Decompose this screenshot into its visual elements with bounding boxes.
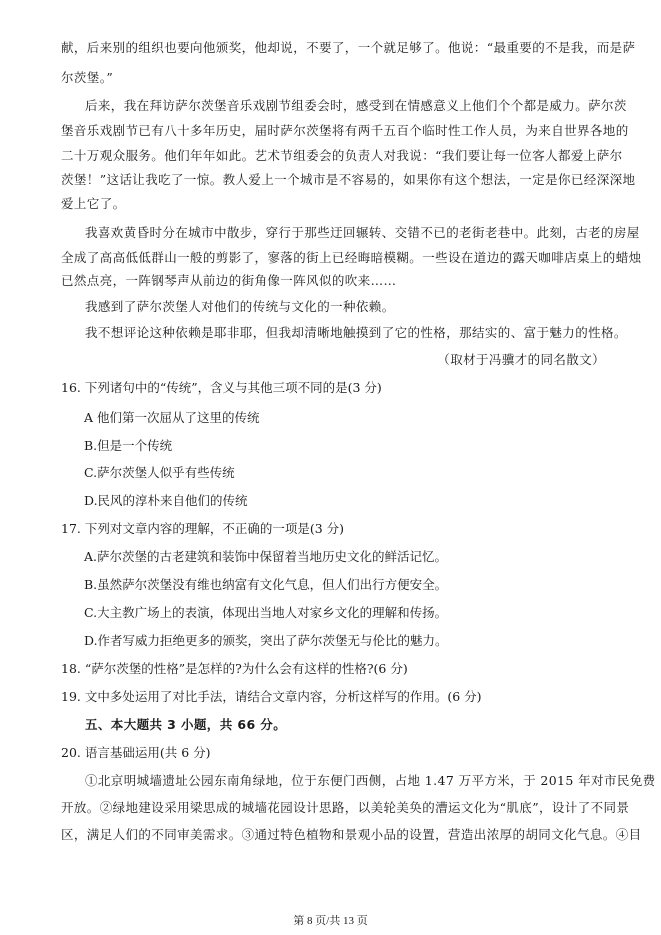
passage-line: 尔茨堡。” [61,70,113,86]
question-17-option-b: B.虽然萨尔茨堡没有维也纳富有文化气息，但人们出行方便安全。 [84,577,447,593]
question-17-option-c: C.大主教广场上的表演，体现出当地人对家乡文化的理解和传扬。 [84,605,447,621]
page-number: 第 8 页/共 13 页 [0,914,661,928]
passage-line: 我喜欢黄昏时分在城市中散步，穿行于那些迂回辗转、交错不已的老街老巷中。此刻，古老… [85,225,640,241]
question-17-stem: 17. 下列对文章内容的理解，不正确的一项是(3 分) [61,521,344,537]
passage-line: 后来，我在拜访萨尔茨堡音乐戏剧节组委会时，感受到在情感意义上他们个个都是威力。萨… [85,98,627,114]
question-19-stem: 19. 文中多处运用了对比手法，请结合文章内容，分析这样写的作用。(6 分) [61,689,482,705]
question-16-option-d: D.民风的淳朴来自他们的传统 [84,493,248,509]
question-16-option-b: B.但是一个传统 [84,438,172,454]
passage-line: 我感到了萨尔茨堡人对他们的传统与文化的一种依赖。 [85,299,395,315]
passage-line: 我不想评论这种依赖是耶非耶，但我却清晰地触摸到了它的性格，那结实的、富于魅力的性… [85,325,627,341]
passage-line: 已然点亮，一阵钢琴声从前边的街角像一阵风似的吹来…… [61,273,396,289]
question-17-option-d: D.作者写威力拒绝更多的颁奖，突出了萨尔茨堡无与伦比的魅力。 [84,633,448,649]
document-page: 献，后来别的组织也要向他颁奖，他却说，不要了，一个就足够了。他说：“最重要的不是… [0,0,661,935]
question-18-stem: 18. “萨尔茨堡的性格”是怎样的?为什么会有这样的性格?(6 分) [61,661,408,677]
passage-line: 献，后来别的组织也要向他颁奖，他却说，不要了，一个就足够了。他说：“最重要的不是… [61,40,635,56]
question-16-option-c: C.萨尔茨堡人似乎有些传统 [84,465,235,481]
question-16-option-a: A 他们第一次屈从了这里的传统 [84,410,260,426]
section-heading: 五、本大题共 3 小题，共 66 分。 [85,717,286,733]
question-20-line: 区，满足人们的不同审美需求。③通过特色植物和景观小品的设置，营造出浓厚的胡同文化… [61,827,642,843]
question-16-stem: 16. 下列诸句中的“传统”，含义与其他三项不同的是(3 分) [61,380,382,396]
passage-line: 二十万观众服务。他们年年如此。艺术节组委会的负责人对我说：“我们要让每一位客人都… [61,148,623,164]
passage-line: 堡音乐戏剧节已有八十多年历史，届时萨尔茨堡将有两千五百个临时性工作人员，为来自世… [61,123,629,139]
question-17-option-a: A.萨尔茨堡的古老建筑和装饰中保留着当地历史文化的鲜活记忆。 [84,549,447,565]
question-20-stem: 20. 语言基础运用(共 6 分) [61,745,211,761]
passage-line: 全成了高高低低群山一般的剪影了，寥落的街上已经晦暗模糊。一些设在道边的露天咖啡店… [61,250,642,266]
question-20-line: ①北京明城墙遗址公园东南角绿地，位于东便门西侧，占地 1.47 万平方米，于 2… [85,773,656,789]
passage-source: （取材于冯骥才的同名散文） [437,352,605,368]
passage-line: 茨堡！”这话让我吃了一惊。教人爱上一个城市是不容易的，如果你有这个想法，一定是你… [61,172,635,188]
passage-line: 爱上它了。 [61,196,126,212]
question-20-line: 开放。②绿地建设采用梁思成的城墙花园设计思路，以美轮美奂的漕运文化为“肌底”，设… [61,800,629,816]
